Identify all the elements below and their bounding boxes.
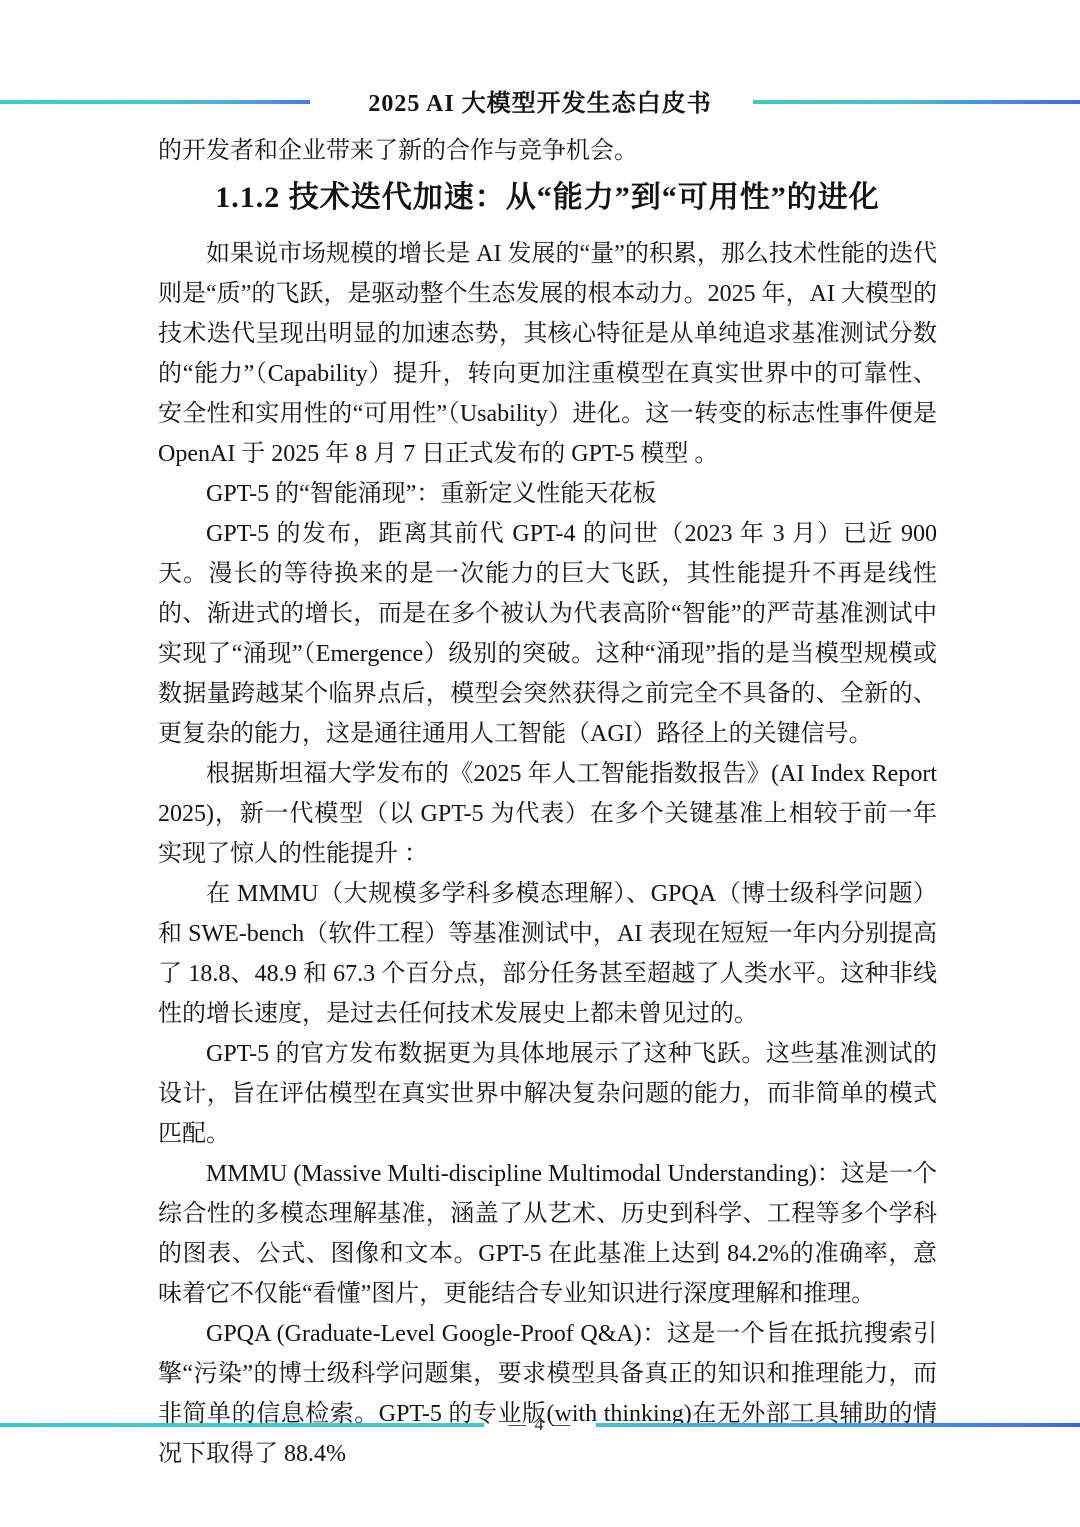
paragraph: GPQA (Graduate-Level Google-Proof Q&A)：这… <box>158 1314 937 1474</box>
section-heading: 1.1.2 技术迭代加速：从“能力”到“可用性”的进化 <box>158 176 937 220</box>
paragraph: GPT-5 的发布，距离其前代 GPT-4 的问世（2023 年 3 月）已近 … <box>158 514 937 754</box>
header-decorative-line-right <box>753 100 1080 104</box>
page-header-title: 2025 AI 大模型开发生态白皮书 <box>0 90 1080 118</box>
paragraph: 根据斯坦福大学发布的《2025 年人工智能指数报告》(AI Index Repo… <box>158 754 937 874</box>
paragraph: 如果说市场规模的增长是 AI 发展的“量”的积累，那么技术性能的迭代则是“质”的… <box>158 234 937 474</box>
paragraph: GPT-5 的“智能涌现”：重新定义性能天花板 <box>158 474 937 514</box>
document-body: 的开发者和企业带来了新的合作与竞争机会。 1.1.2 技术迭代加速：从“能力”到… <box>158 131 937 1474</box>
footer-decorative-line-right <box>596 1423 1080 1427</box>
paragraph: MMMU (Massive Multi-discipline Multimoda… <box>158 1154 937 1314</box>
paragraph-group: 如果说市场规模的增长是 AI 发展的“量”的积累，那么技术性能的迭代则是“质”的… <box>158 234 937 1474</box>
paragraph: 在 MMMU（大规模多学科多模态理解）、GPQA（博士级科学问题）和 SWE-b… <box>158 874 937 1034</box>
paragraph: GPT-5 的官方发布数据更为具体地展示了这种飞跃。这些基准测试的设计，旨在评估… <box>158 1034 937 1154</box>
paragraph-continuation: 的开发者和企业带来了新的合作与竞争机会。 <box>158 131 937 171</box>
document-page: { "header": { "title": "2025 AI 大模型开发生态白… <box>0 0 1080 1527</box>
